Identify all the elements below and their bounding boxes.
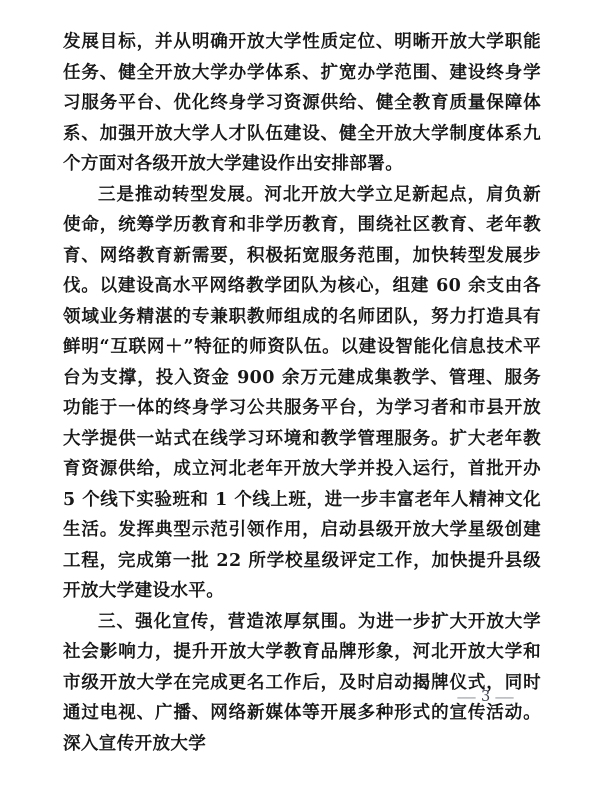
paragraph: 发展目标，并从明确开放大学性质定位、明晰开放大学职能任务、健全开放大学办学体系、… (63, 27, 541, 180)
paragraph: 三是推动转型发展。河北开放大学立足新起点，肩负新使命，统筹学历教育和非学历教育，… (63, 180, 541, 607)
page-number: — 3 — (459, 689, 512, 705)
paragraph-lead: 三是推动转型发展。 (98, 185, 264, 205)
page-number-dash-left: — (456, 689, 476, 705)
paragraph: 三、强化宣传，营造浓厚氛围。为进一步扩大开放大学社会影响力，提升开放大学教育品牌… (63, 607, 541, 760)
paragraph-text: 河北开放大学立足新起点，肩负新使命，统筹学历教育和非学历教育，围绕社区教育、老年… (63, 185, 541, 602)
page-number-value: 3 (481, 689, 490, 705)
page-number-dash-right: — (495, 689, 515, 705)
document-page: 发展目标，并从明确开放大学性质定位、明晰开放大学职能任务、健全开放大学办学体系、… (0, 0, 597, 788)
paragraph-heading-lead: 三、强化宣传，营造浓厚氛围。 (98, 612, 358, 632)
paragraph-text: 发展目标，并从明确开放大学性质定位、明晰开放大学职能任务、健全开放大学办学体系、… (63, 32, 541, 174)
paragraph-text: 为进一步扩大开放大学社会影响力，提升开放大学教育品牌形象，河北开放大学和市级开放… (63, 612, 541, 754)
document-body: 发展目标，并从明确开放大学性质定位、明晰开放大学职能任务、健全开放大学办学体系、… (63, 27, 541, 759)
